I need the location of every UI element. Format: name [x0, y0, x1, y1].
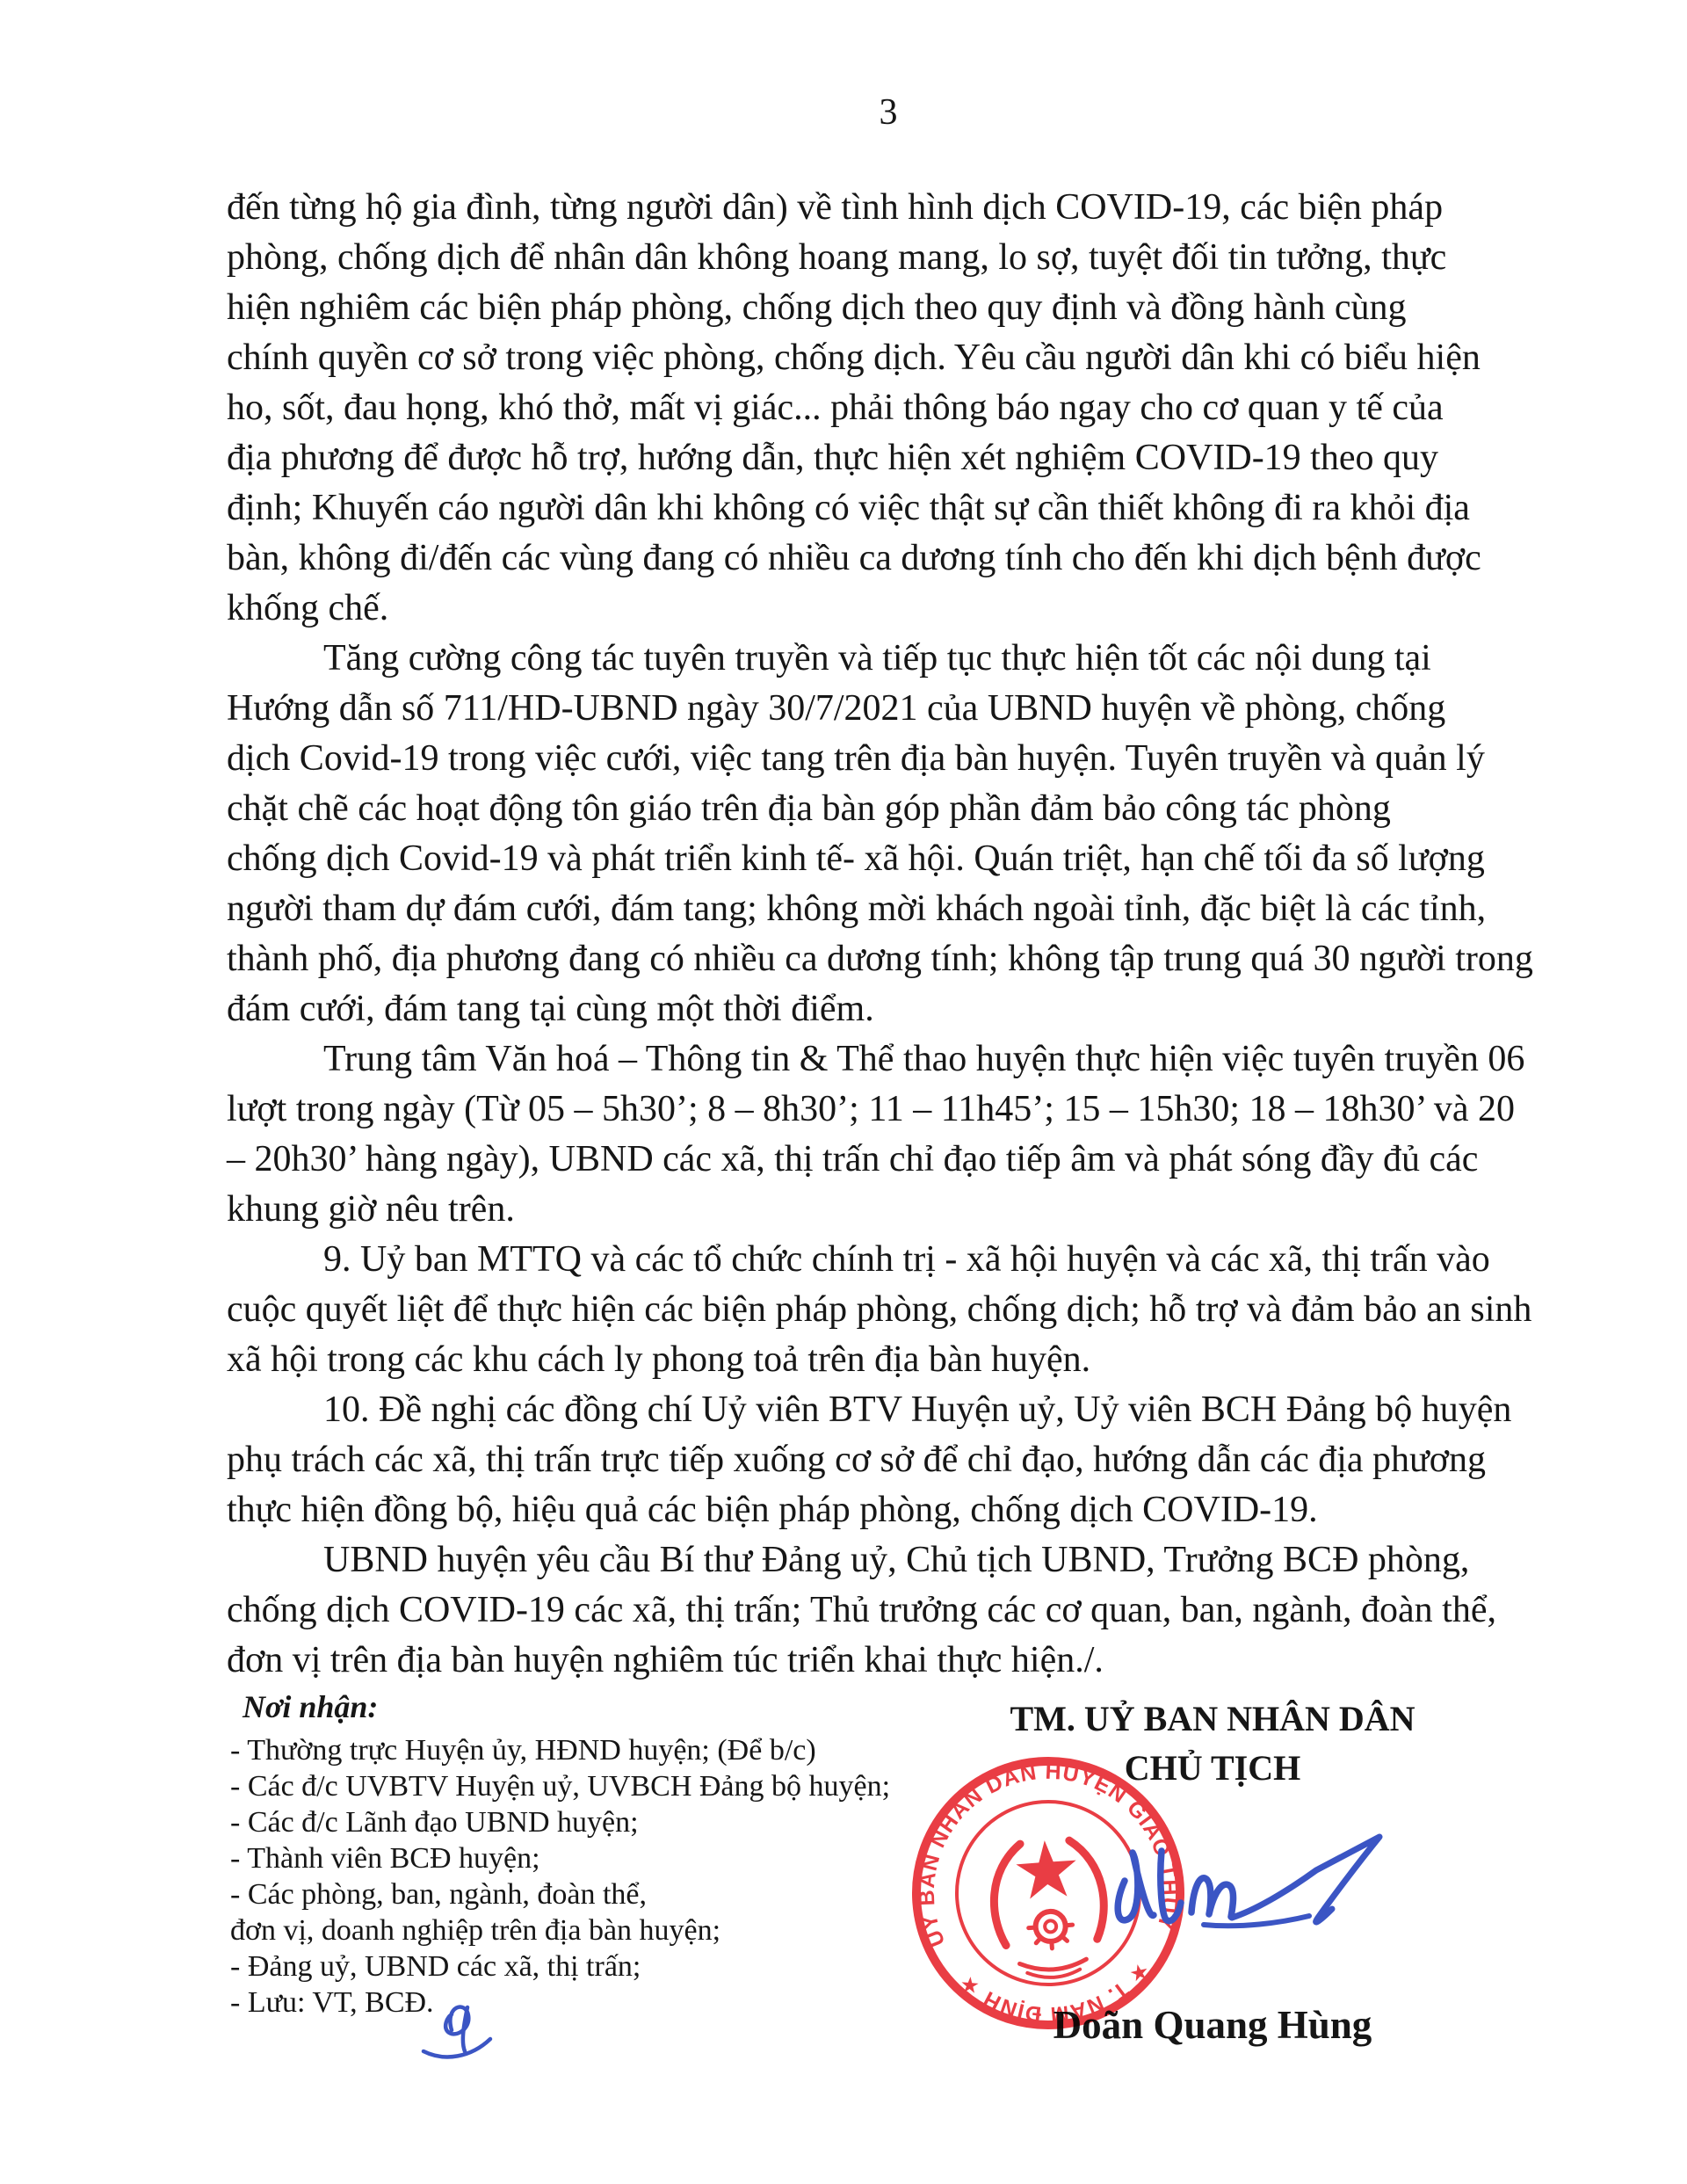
body-line: định; Khuyến cáo người dân khi không có …	[227, 483, 1550, 533]
recipient-item: - Các đ/c Lãnh đạo UBND huyện;	[230, 1804, 916, 1840]
body-line: khống chế.	[227, 584, 1550, 634]
body-line: hiện nghiêm các biện pháp phòng, chống d…	[227, 283, 1550, 333]
gear-hub	[1045, 1920, 1057, 1933]
recipient-item: - Lưu: VT, BCĐ.	[230, 1984, 916, 2021]
recipient-item: - Thành viên BCĐ huyện;	[230, 1840, 916, 1876]
recipients-title: Nơi nhận:	[243, 1689, 916, 1724]
body-line: đến từng hộ gia đình, từng người dân) về…	[227, 183, 1550, 233]
body-line: Trung tâm Văn hoá – Thông tin & Thể thao…	[227, 1034, 1550, 1085]
recipient-item: - Các phòng, ban, ngành, đoàn thể,	[230, 1876, 916, 1912]
recipient-item: - Đảng uỷ, UBND các xã, thị trấn;	[230, 1948, 916, 1984]
body-line: đám cưới, đám tang tại cùng một thời điể…	[227, 984, 1550, 1034]
body-line: chống dịch COVID-19 các xã, thị trấn; Th…	[227, 1585, 1550, 1636]
body-line: thành phố, địa phương đang có nhiều ca d…	[227, 934, 1550, 984]
body-line: bàn, không đi/đến các vùng đang có nhiều…	[227, 533, 1550, 584]
body-line: cuộc quyết liệt để thực hiện các biện ph…	[227, 1285, 1550, 1335]
star-icon	[1015, 1839, 1079, 1900]
body-line: Hướng dẫn số 711/HD-UBND ngày 30/7/2021 …	[227, 684, 1550, 734]
body-line: người tham dự đám cưới, đám tang; không …	[227, 884, 1550, 934]
document-body: đến từng hộ gia đình, từng người dân) về…	[227, 183, 1550, 1686]
body-line: 10. Đề nghị các đồng chí Uỷ viên BTV Huy…	[227, 1385, 1550, 1435]
body-line: địa phương để được hỗ trợ, hướng dẫn, th…	[227, 433, 1550, 483]
body-line: lượt trong ngày (Từ 05 – 5h30’; 8 – 8h30…	[227, 1085, 1550, 1135]
body-line: thực hiện đồng bộ, hiệu quả các biện phá…	[227, 1485, 1550, 1535]
paragraph: UBND huyện yêu cầu Bí thư Đảng uỷ, Chủ t…	[227, 1535, 1550, 1686]
body-line: phụ trách các xã, thị trấn trực tiếp xuố…	[227, 1435, 1550, 1485]
body-line: ho, sốt, đau họng, khó thở, mất vị giác.…	[227, 383, 1550, 433]
paragraph: đến từng hộ gia đình, từng người dân) về…	[227, 183, 1550, 634]
body-line: dịch Covid-19 trong việc cưới, việc tang…	[227, 734, 1550, 784]
recipients-list: - Thường trực Huyện ủy, HĐND huyện; (Để …	[230, 1732, 916, 2021]
document-page: 3 đến từng hộ gia đình, từng người dân) …	[0, 0, 1687, 2184]
body-line: chính quyền cơ sở trong việc phòng, chốn…	[227, 333, 1550, 383]
recipient-item: - Các đ/c UVBTV Huyện uỷ, UVBCH Đảng bộ …	[230, 1768, 916, 1804]
wreath-left	[990, 1844, 1027, 1946]
page-number: 3	[227, 93, 1550, 132]
body-line: chống dịch Covid-19 và phát triển kinh t…	[227, 834, 1550, 884]
paragraph: Tăng cường công tác tuyên truyền và tiếp…	[227, 634, 1550, 1034]
body-line: đơn vị trên địa bàn huyện nghiêm túc tri…	[227, 1636, 1550, 1686]
paragraph: Trung tâm Văn hoá – Thông tin & Thể thao…	[227, 1034, 1550, 1235]
body-line: UBND huyện yêu cầu Bí thư Đảng uỷ, Chủ t…	[227, 1535, 1550, 1585]
body-line: chặt chẽ các hoạt động tôn giáo trên địa…	[227, 784, 1550, 834]
national-emblem	[990, 1837, 1109, 1981]
clerk-initials	[415, 1992, 498, 2066]
body-line: – 20h30’ hàng ngày), UBND các xã, thị tr…	[227, 1135, 1550, 1185]
body-line: Tăng cường công tác tuyên truyền và tiếp…	[227, 634, 1550, 684]
body-line: 9. Uỷ ban MTTQ và các tổ chức chính trị …	[227, 1235, 1550, 1285]
paragraph: 10. Đề nghị các đồng chí Uỷ viên BTV Huy…	[227, 1385, 1550, 1535]
body-line: phòng, chống dịch để nhân dân không hoan…	[227, 233, 1550, 283]
paragraph: 9. Uỷ ban MTTQ và các tổ chức chính trị …	[227, 1235, 1550, 1385]
signature-scrawl	[1100, 1830, 1408, 1957]
recipients-block: Nơi nhận: - Thường trực Huyện ủy, HĐND h…	[230, 1689, 916, 2021]
recipient-item: đơn vị, doanh nghiệp trên địa bàn huyện;	[230, 1912, 916, 1948]
body-line: khung giờ nêu trên.	[227, 1185, 1550, 1235]
body-line: xã hội trong các khu cách ly phong toả t…	[227, 1335, 1550, 1385]
org-line: TM. UỶ BAN NHÂN DÂN	[949, 1700, 1476, 1738]
recipient-item: - Thường trực Huyện ủy, HĐND huyện; (Để …	[230, 1732, 916, 1768]
